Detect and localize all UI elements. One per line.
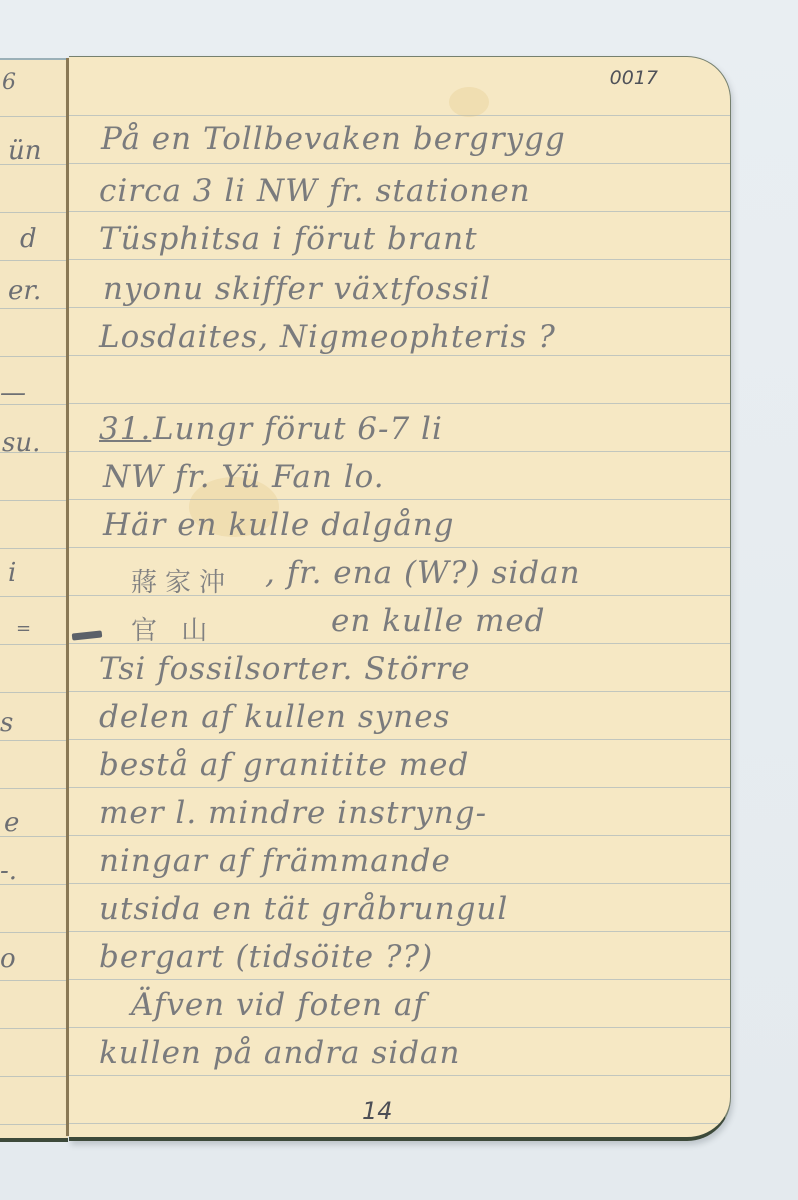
left-fragment: ün xyxy=(8,136,42,166)
text-line: mer l. mindre instryng- xyxy=(99,795,487,831)
left-fragment: = xyxy=(16,618,31,639)
handwriting: 0017 På en Tollbevaken bergrygg circa 3 … xyxy=(69,57,730,1137)
text-line: , fr. ena (W?) sidan xyxy=(265,555,581,591)
text-line: Tüsphitsa i förut brant xyxy=(99,221,478,257)
text-line: Tsi fossilsorter. Större xyxy=(99,651,471,687)
text-line: bestå af granitite med xyxy=(99,747,469,783)
text-line: Lungr förut 6-7 li xyxy=(153,411,443,447)
text-line: kullen på andra sidan xyxy=(99,1035,461,1071)
right-page: 0017 På en Tollbevaken bergrygg circa 3 … xyxy=(69,56,731,1141)
text-line: nyonu skiffer växtfossil xyxy=(103,271,491,307)
text-line: circa 3 li NW fr. stationen xyxy=(99,173,531,209)
left-fragment: er. xyxy=(8,276,41,306)
archive-number: 0017 xyxy=(610,67,658,89)
text-line: Här en kulle dalgång xyxy=(103,507,455,543)
left-fragment: — xyxy=(0,378,26,408)
left-fragment: e xyxy=(4,808,19,838)
text-line: en kulle med xyxy=(331,603,546,639)
text-line: Losdaites, Nigmeophteris ? xyxy=(99,319,556,355)
left-page: 6 ün d er. — su. i = s e -. o xyxy=(0,58,68,1142)
chinese-place-name: 官 山 xyxy=(131,610,215,647)
left-fragment: o xyxy=(0,944,16,974)
text-line: utsida en tät gråbrungul xyxy=(99,891,508,927)
text-line: bergart (tidsöite ??) xyxy=(99,939,433,975)
left-fragment: i xyxy=(8,558,16,588)
day-number: 31. xyxy=(99,411,151,447)
text-line: delen af kullen synes xyxy=(99,699,450,735)
left-fragment: 6 xyxy=(2,70,16,95)
text-line: På en Tollbevaken bergrygg xyxy=(101,121,566,157)
text-line: ningar af främmande xyxy=(99,843,451,879)
text-line: Äfven vid foten af xyxy=(131,987,426,1023)
left-page-text: 6 ün d er. — su. i = s e -. o xyxy=(0,60,68,1138)
left-fragment: su. xyxy=(2,428,40,458)
page-number: 14 xyxy=(362,1097,393,1125)
left-fragment: s xyxy=(0,708,13,738)
text-line: NW fr. Yü Fan lo. xyxy=(103,459,385,495)
left-fragment: d xyxy=(20,224,37,254)
left-fragment: -. xyxy=(0,856,17,886)
chinese-place-name: 蔣家沖 xyxy=(131,562,233,599)
